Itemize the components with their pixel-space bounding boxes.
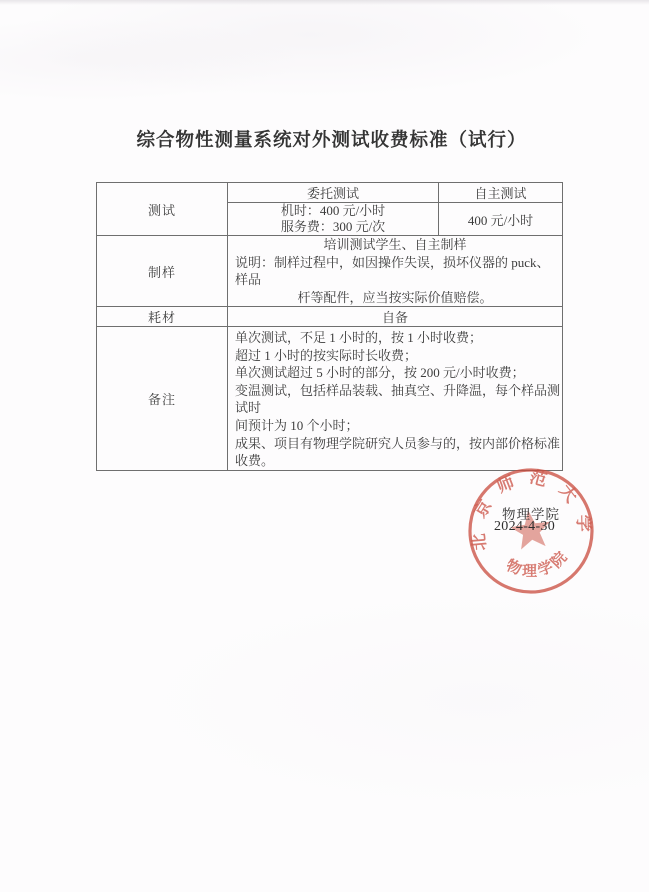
consign-rate-lines: 机时：400 元/小时 服务费：300 元/次 <box>281 203 385 235</box>
sample-line-3: 杆等配件，应当按实际价值赔偿。 <box>228 289 562 307</box>
sample-row-label: 制样 <box>97 236 228 307</box>
note-line: 变温测试，包括样品装载、抽真空、升降温，每个样品测试时 <box>235 382 560 417</box>
sample-line-2: 说明：制样过程中，如因操作失误，损坏仪器的 puck、样品 <box>228 254 562 289</box>
machine-time-rate: 机时：400 元/小时 <box>281 203 385 218</box>
service-fee-rate: 服务费：300 元/次 <box>281 219 385 234</box>
note-line: 单次测试超过 5 小时的部分，按 200 元/小时收费； <box>235 364 560 382</box>
sample-line-1: 培训测试学生、自主制样 <box>228 236 562 254</box>
seal-arc-bottom-text: 物理学院 <box>501 544 575 584</box>
consign-test-header: 委托测试 <box>228 183 439 203</box>
table-row: 测试 委托测试 自主测试 <box>97 183 563 203</box>
consumable-row-label: 耗材 <box>97 307 228 327</box>
document-title: 综合物性测量系统对外测试收费标准（试行） <box>0 129 649 151</box>
self-test-header: 自主测试 <box>439 183 563 203</box>
notes-row-content: 单次测试，不足 1 小时的，按 1 小时收费； 超过 1 小时的按实际时长收费；… <box>228 327 563 471</box>
table-row: 备注 单次测试，不足 1 小时的，按 1 小时收费； 超过 1 小时的按实际时长… <box>97 327 563 471</box>
scanned-document-page: 综合物性测量系统对外测试收费标准（试行） 测试 委托测试 自主测试 机时：400… <box>0 0 649 892</box>
notes-row-label: 备注 <box>97 327 228 471</box>
note-line: 超过 1 小时的按实际时长收费； <box>235 347 560 365</box>
consumable-row-value: 自备 <box>228 307 563 327</box>
note-line: 间预计为 10 个小时； <box>235 417 560 435</box>
svg-text:物理学院: 物理学院 <box>501 544 575 584</box>
test-row-label: 测试 <box>97 183 228 236</box>
signature-date: 2024-4-30 <box>494 519 555 535</box>
consign-test-rates: 机时：400 元/小时 服务费：300 元/次 <box>228 203 439 236</box>
self-test-rate: 400 元/小时 <box>439 203 563 236</box>
table-row: 制样 培训测试学生、自主制样 说明：制样过程中，如因操作失误，损坏仪器的 puc… <box>97 236 563 307</box>
fee-standard-table: 测试 委托测试 自主测试 机时：400 元/小时 服务费：300 元/次 400… <box>96 182 563 471</box>
table-row: 耗材 自备 <box>97 307 563 327</box>
sample-row-content: 培训测试学生、自主制样 说明：制样过程中，如因操作失误，损坏仪器的 puck、样… <box>228 236 563 307</box>
note-line: 单次测试，不足 1 小时的，按 1 小时收费； <box>235 329 560 347</box>
